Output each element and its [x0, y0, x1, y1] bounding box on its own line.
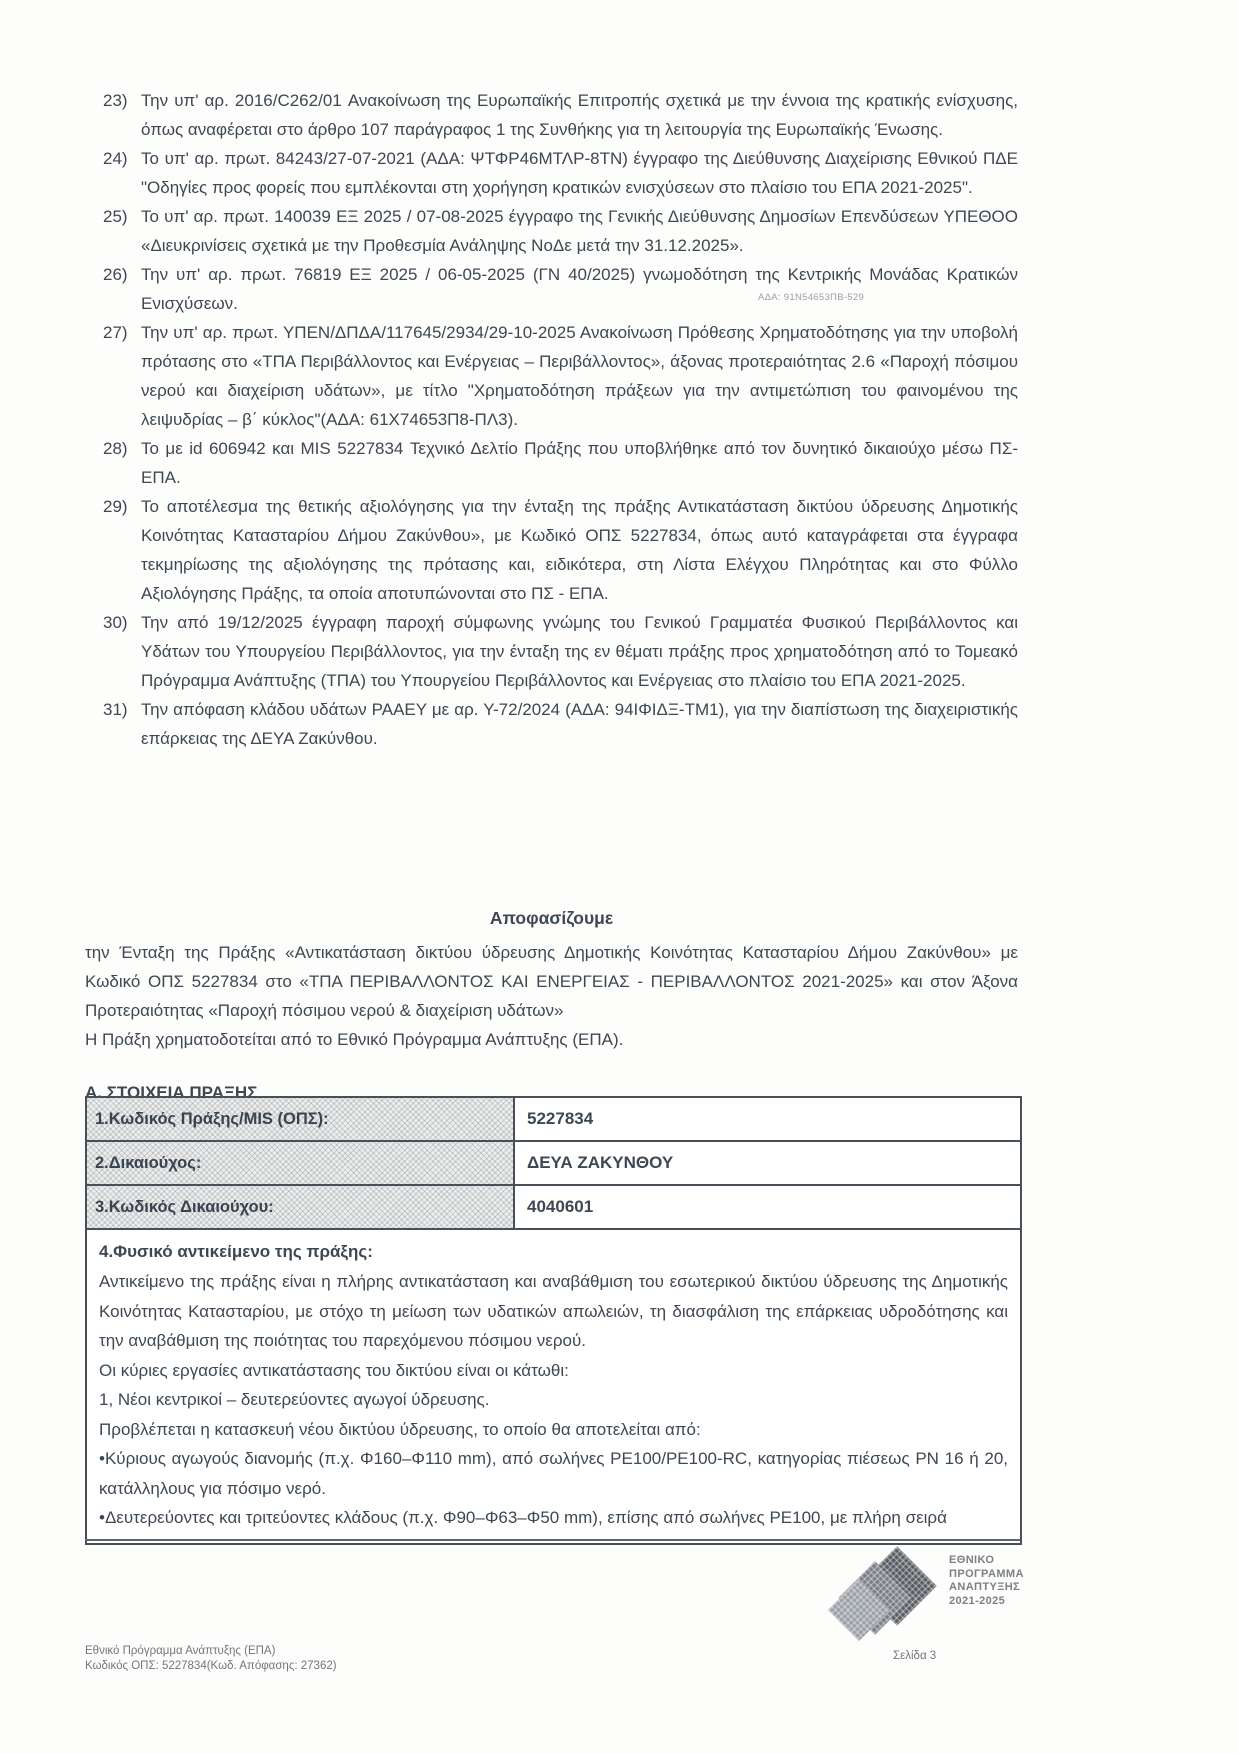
physical-object-paragraph: Οι κύριες εργασίες αντικατάστασης του δι… [99, 1356, 1008, 1386]
ada-watermark: ΑΔΑ: 91Ν54653ΠΒ-529 [758, 292, 864, 303]
logo-text-line: ΠΡΟΓΡΑΜΜΑ [949, 1568, 1024, 1582]
table-row: 3.Κωδικός Δικαιούχου: 4040601 [87, 1186, 1020, 1230]
reference-number: 25) [85, 202, 141, 260]
row-label: 2.Δικαιούχος: [87, 1142, 515, 1184]
document-page: 23) Την υπ' αρ. 2016/C262/01 Ανακοίνωση … [0, 0, 1238, 1753]
decision-paragraphs: την Ένταξη της Πράξης «Αντικατάσταση δικ… [85, 938, 1018, 1054]
reference-text: Το υπ' αρ. πρωτ. 140039 ΕΞ 2025 / 07-08-… [141, 202, 1018, 260]
decision-paragraph: Η Πράξη χρηματοδοτείται από το Εθνικό Πρ… [85, 1025, 1018, 1054]
physical-object-paragraph: Προβλέπεται η κατασκευή νέου δικτύου ύδρ… [99, 1415, 1008, 1445]
page-number: Σελίδα 3 [893, 1650, 936, 1662]
reference-item: 27) Την υπ' αρ. πρωτ. ΥΠΕΝ/ΔΠΔΑ/117645/2… [85, 318, 1018, 434]
row-value: 5227834 [515, 1098, 1020, 1140]
reference-item: 25) Το υπ' αρ. πρωτ. 140039 ΕΞ 2025 / 07… [85, 202, 1018, 260]
reference-number: 28) [85, 434, 141, 492]
logo-text: ΕΘΝΙΚΟ ΠΡΟΓΡΑΜΜΑ ΑΝΑΠΤΥΞΗΣ 2021-2025 [949, 1554, 1024, 1608]
row-label: 1.Κωδικός Πράξης/MIS (ΟΠΣ): [87, 1098, 515, 1140]
reference-number: 30) [85, 608, 141, 695]
reference-item: 30) Την από 19/12/2025 έγγραφη παροχή σύ… [85, 608, 1018, 695]
footer-separator-line [85, 1539, 1020, 1541]
table-row: 2.Δικαιούχος: ΔΕΥΑ ΖΑΚΥΝΘΟΥ [87, 1142, 1020, 1186]
reference-item: 31) Την απόφαση κλάδου υδάτων ΡΑΑΕΥ με α… [85, 695, 1018, 753]
reference-item: 23) Την υπ' αρ. 2016/C262/01 Ανακοίνωση … [85, 86, 1018, 144]
reference-text: Το υπ' αρ. πρωτ. 84243/27-07-2021 (ΑΔΑ: … [141, 144, 1018, 202]
reference-item: 24) Το υπ' αρ. πρωτ. 84243/27-07-2021 (Α… [85, 144, 1018, 202]
reference-number: 27) [85, 318, 141, 434]
row-value: 4040601 [515, 1186, 1020, 1228]
row-value: ΔΕΥΑ ΖΑΚΥΝΘΟΥ [515, 1142, 1020, 1184]
physical-object-paragraph: •Δευτερεύοντες και τριτεύοντες κλάδους (… [99, 1503, 1008, 1533]
reference-text: Την από 19/12/2025 έγγραφη παροχή σύμφων… [141, 608, 1018, 695]
reference-number: 23) [85, 86, 141, 144]
reference-item: 28) Το με id 606942 και MIS 5227834 Τεχν… [85, 434, 1018, 492]
physical-object-cell: 4.Φυσικό αντικείμενο της πράξης: Αντικεί… [87, 1230, 1020, 1543]
physical-object-paragraph: •Κύριους αγωγούς διανομής (π.χ. Φ160–Φ11… [99, 1444, 1008, 1503]
reference-number: 26) [85, 260, 141, 318]
reference-text: Το με id 606942 και MIS 5227834 Τεχνικό … [141, 434, 1018, 492]
logo-text-line: ΕΘΝΙΚΟ [949, 1554, 1024, 1568]
logo-text-line: ΑΝΑΠΤΥΞΗΣ [949, 1581, 1024, 1595]
row-label: 3.Κωδικός Δικαιούχου: [87, 1186, 515, 1228]
logo-text-line: 2021-2025 [949, 1595, 1024, 1609]
decision-heading: Αποφασίζουμε [85, 908, 1018, 929]
reference-list: 23) Την υπ' αρ. 2016/C262/01 Ανακοίνωση … [85, 86, 1018, 753]
logo-diamonds-icon [833, 1548, 941, 1652]
reference-text: Την απόφαση κλάδου υδάτων ΡΑΑΕΥ με αρ. Υ… [141, 695, 1018, 753]
reference-text: Την υπ' αρ. πρωτ. ΥΠΕΝ/ΔΠΔΑ/117645/2934/… [141, 318, 1018, 434]
reference-text: Την υπ' αρ. 2016/C262/01 Ανακοίνωση της … [141, 86, 1018, 144]
reference-number: 31) [85, 695, 141, 753]
footer-program-info: Εθνικό Πρόγραμμα Ανάπτυξης (ΕΠΑ) Κωδικός… [85, 1644, 337, 1674]
epa-program-logo: ΕΘΝΙΚΟ ΠΡΟΓΡΑΜΜΑ ΑΝΑΠΤΥΞΗΣ 2021-2025 [833, 1548, 1083, 1652]
physical-object-paragraph: 1, Νέοι κεντρικοί – δευτερεύοντες αγωγοί… [99, 1385, 1008, 1415]
table-row: 1.Κωδικός Πράξης/MIS (ΟΠΣ): 5227834 [87, 1098, 1020, 1142]
reference-item: 26) Την υπ' αρ. πρωτ. 76819 ΕΞ 2025 / 06… [85, 260, 1018, 318]
decision-paragraph: την Ένταξη της Πράξης «Αντικατάσταση δικ… [85, 938, 1018, 1025]
reference-text: Την υπ' αρ. πρωτ. 76819 ΕΞ 2025 / 06-05-… [141, 260, 1018, 318]
reference-item: 29) Το αποτέλεσμα της θετικής αξιολόγηση… [85, 492, 1018, 608]
reference-text: Το αποτέλεσμα της θετικής αξιολόγησης γι… [141, 492, 1018, 608]
physical-object-heading: 4.Φυσικό αντικείμενο της πράξης: [99, 1236, 1008, 1267]
reference-number: 24) [85, 144, 141, 202]
footer-line: Κωδικός ΟΠΣ: 5227834(Κωδ. Απόφασης: 2736… [85, 1659, 337, 1674]
reference-number: 29) [85, 492, 141, 608]
physical-object-paragraph: Αντικείμενο της πράξης είναι η πλήρης αν… [99, 1267, 1008, 1356]
praxis-info-table: 1.Κωδικός Πράξης/MIS (ΟΠΣ): 5227834 2.Δι… [85, 1096, 1022, 1545]
footer-line: Εθνικό Πρόγραμμα Ανάπτυξης (ΕΠΑ) [85, 1644, 337, 1659]
